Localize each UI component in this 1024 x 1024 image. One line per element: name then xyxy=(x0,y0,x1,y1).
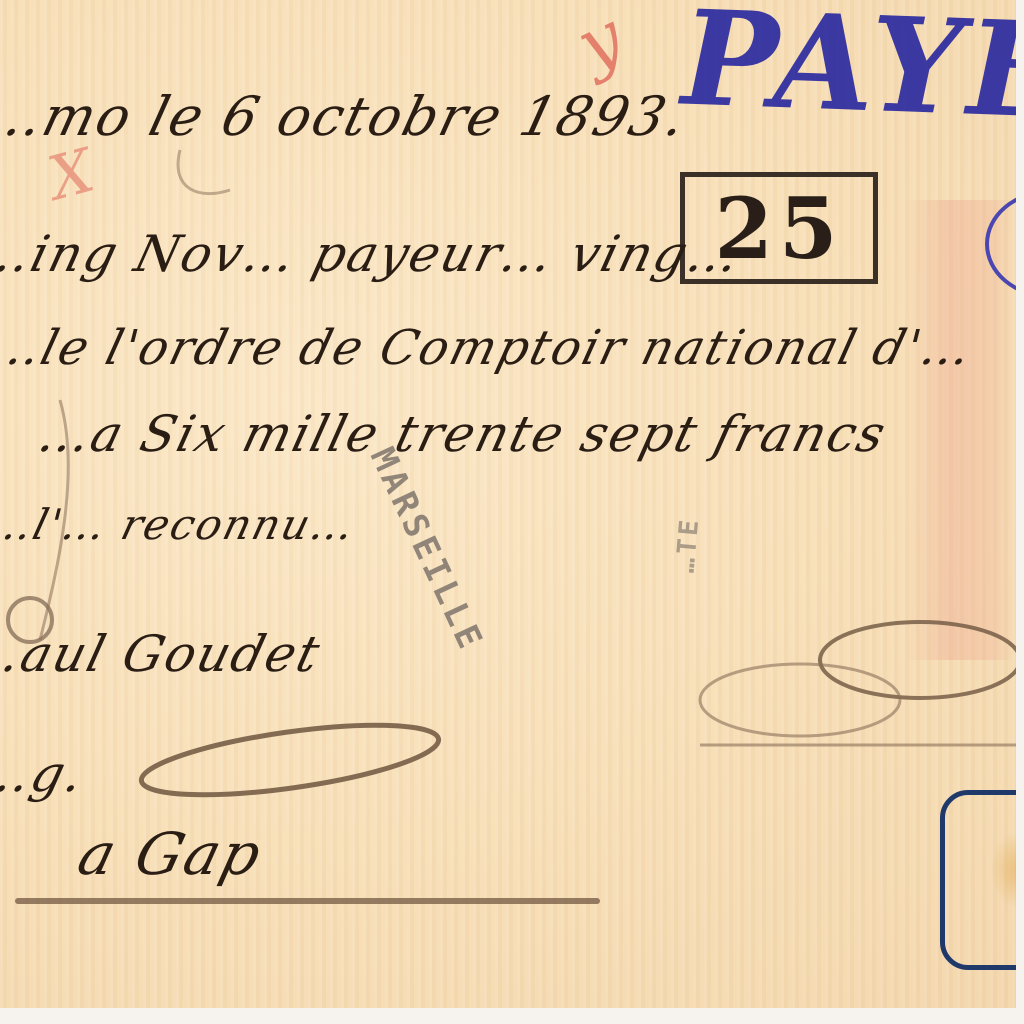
document-scan: y X PAYÉ 25 …mo le 6 octobre 1893. …ing … xyxy=(0,0,1016,1008)
stain xyxy=(990,830,1016,910)
signature-flourish xyxy=(0,0,1016,1008)
